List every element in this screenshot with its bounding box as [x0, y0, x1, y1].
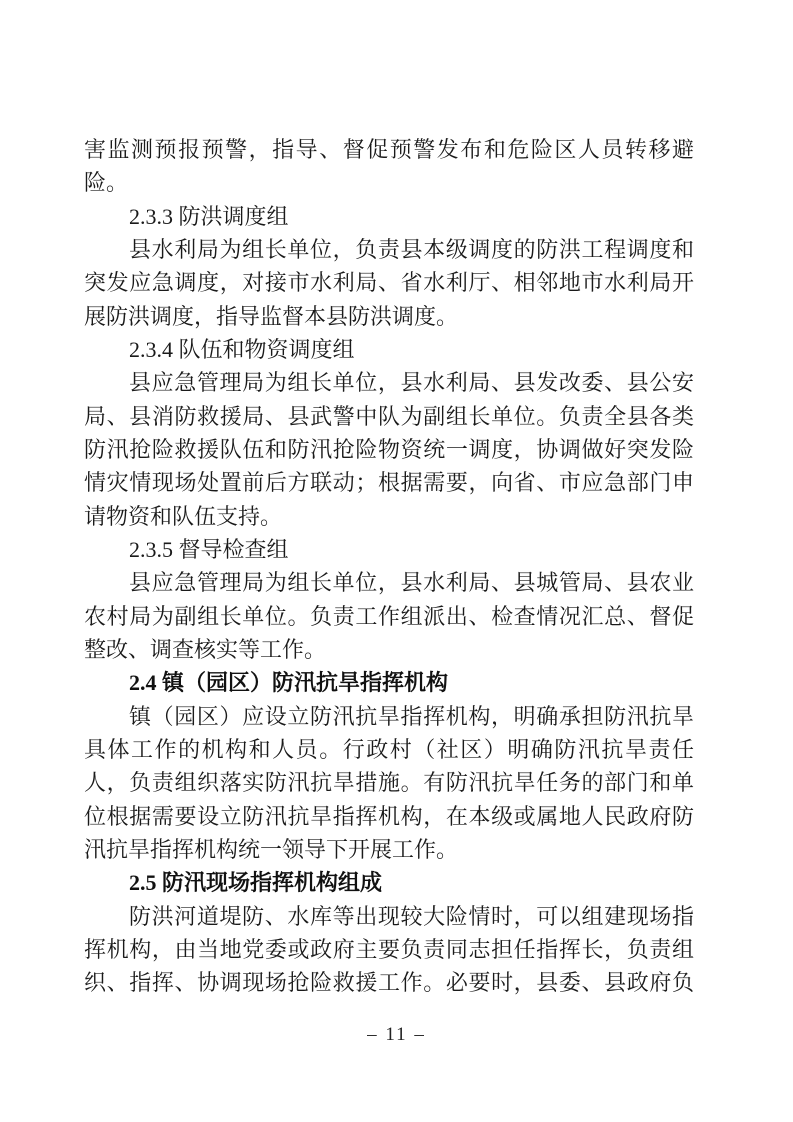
text-line: 突发应急调度，对接市水利局、省水利厅、相邻地市水利局开: [84, 266, 694, 299]
text-line: 防洪河道堤防、水库等出现较大险情时，可以组建现场指: [84, 900, 694, 933]
text-line: 人，负责组织落实防汛抗旱措施。有防汛抗旱任务的部门和单: [84, 766, 694, 799]
document-text: 害监测预报预警，指导、督促预警发布和危险区人员转移避险。2.3.3 防洪调度组县…: [84, 133, 694, 1000]
section-heading: 2.5 防汛现场指挥机构组成: [84, 866, 694, 899]
text-line: 请物资和队伍支持。: [84, 500, 694, 533]
text-line: 县应急管理局为组长单位，县水利局、县城管局、县农业: [84, 566, 694, 599]
text-line: 2.3.5 督导检查组: [84, 533, 694, 566]
text-line: 汛抗旱指挥机构统一领导下开展工作。: [84, 833, 694, 866]
text-line: 局、县消防救援局、县武警中队为副组长单位。负责全县各类: [84, 400, 694, 433]
text-line: 2.3.3 防洪调度组: [84, 200, 694, 233]
text-line: 县应急管理局为组长单位，县水利局、县发改委、县公安: [84, 366, 694, 399]
document-page: 害监测预报预警，指导、督促预警发布和危险区人员转移避险。2.3.3 防洪调度组县…: [0, 0, 793, 1122]
section-heading: 2.4 镇（园区）防汛抗旱指挥机构: [84, 666, 694, 699]
text-line: 农村局为副组长单位。负责工作组派出、检查情况汇总、督促: [84, 600, 694, 633]
text-line: 情灾情现场处置前后方联动；根据需要，向省、市应急部门申: [84, 466, 694, 499]
text-line: 防汛抢险救援队伍和防汛抢险物资统一调度，协调做好突发险: [84, 433, 694, 466]
text-line: 位根据需要设立防汛抗旱指挥机构，在本级或属地人民政府防: [84, 800, 694, 833]
text-line: 县水利局为组长单位，负责县本级调度的防洪工程调度和: [84, 233, 694, 266]
text-line: 整改、调查核实等工作。: [84, 633, 694, 666]
text-line: 害监测预报预警，指导、督促预警发布和危险区人员转移避: [84, 133, 694, 166]
text-line: 镇（园区）应设立防汛抗旱指挥机构，明确承担防汛抗旱: [84, 700, 694, 733]
page-number: – 11 –: [367, 1024, 426, 1045]
text-line: 挥机构，由当地党委或政府主要负责同志担任指挥长，负责组: [84, 933, 694, 966]
text-line: 具体工作的机构和人员。行政村（社区）明确防汛抗旱责任: [84, 733, 694, 766]
text-line: 织、指挥、协调现场抢险救援工作。必要时，县委、县政府负: [84, 966, 694, 999]
text-line: 展防洪调度，指导监督本县防洪调度。: [84, 300, 694, 333]
text-line: 2.3.4 队伍和物资调度组: [84, 333, 694, 366]
text-line: 险。: [84, 166, 694, 199]
page-footer: – 11 –: [0, 1024, 793, 1046]
